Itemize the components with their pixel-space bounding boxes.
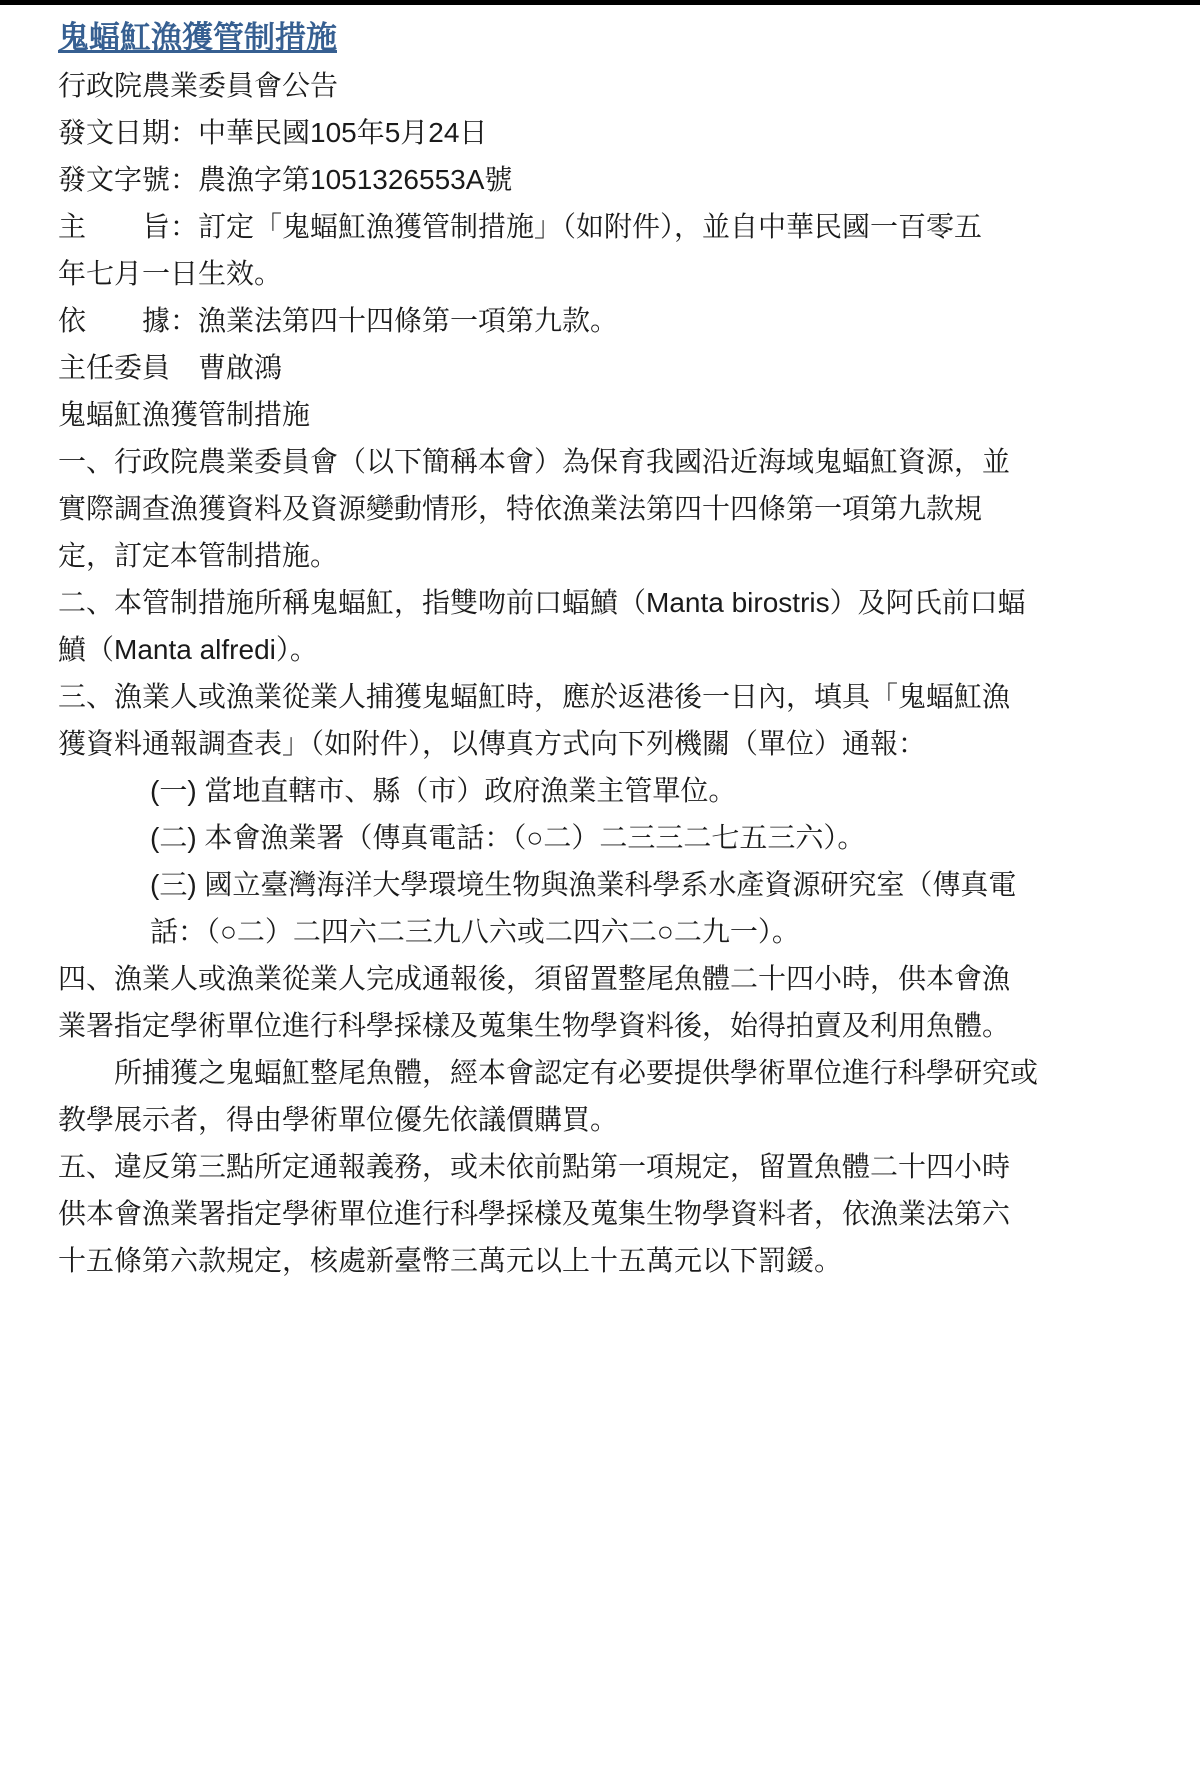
- article-1: 一、行政院農業委員會（以下簡稱本會）為保育我國沿近海域鬼蝠魟資源，並 實際調查漁…: [58, 438, 1150, 579]
- basis-clause: 依 據：漁業法第四十四條第一項第九款。: [58, 297, 1150, 344]
- article-3-subitem-2: (二) 本會漁業署（傳真電話：（○二）二三三二七五三六）。: [58, 814, 1150, 861]
- article-3-subitem-1: (一) 當地直轄市、縣（市）政府漁業主管單位。: [58, 767, 1150, 814]
- doc-number-line: 發文字號：農漁字第1051326553A號: [58, 156, 1150, 203]
- chairman-signature-line: 主任委員 曹啟鴻: [58, 344, 1150, 391]
- issuing-agency-line: 行政院農業委員會公告: [58, 62, 1150, 109]
- announcement-document: 鬼蝠魟漁獲管制措施 行政院農業委員會公告 發文日期：中華民國105年5月24日 …: [0, 5, 1200, 1284]
- article-3: 三、漁業人或漁業從業人捕獲鬼蝠魟時，應於返港後一日內，填具「鬼蝠魟漁 獲資料通報…: [58, 673, 1150, 767]
- article-2: 二、本管制措施所稱鬼蝠魟，指雙吻前口蝠鱝（Manta birostris）及阿氏…: [58, 579, 1150, 673]
- measures-heading: 鬼蝠魟漁獲管制措施: [58, 391, 1150, 438]
- subject-clause: 主 旨：訂定「鬼蝠魟漁獲管制措施」（如附件），並自中華民國一百零五 年七月一日生…: [58, 203, 1150, 297]
- article-4-paragraph-2: 所捕獲之鬼蝠魟整尾魚體，經本會認定有必要提供學術單位進行科學研究或 教學展示者，…: [58, 1049, 1150, 1143]
- article-3-subitem-3: (三) 國立臺灣海洋大學環境生物與漁業科學系水產資源研究室（傳真電 話：（○二）…: [58, 861, 1150, 955]
- article-4-paragraph-1: 四、漁業人或漁業從業人完成通報後，須留置整尾魚體二十四小時，供本會漁 業署指定學…: [58, 955, 1150, 1049]
- issue-date-line: 發文日期：中華民國105年5月24日: [58, 109, 1150, 156]
- document-title-link[interactable]: 鬼蝠魟漁獲管制措施: [58, 14, 1150, 62]
- article-5: 五、違反第三點所定通報義務，或未依前點第一項規定，留置魚體二十四小時 供本會漁業…: [58, 1143, 1150, 1284]
